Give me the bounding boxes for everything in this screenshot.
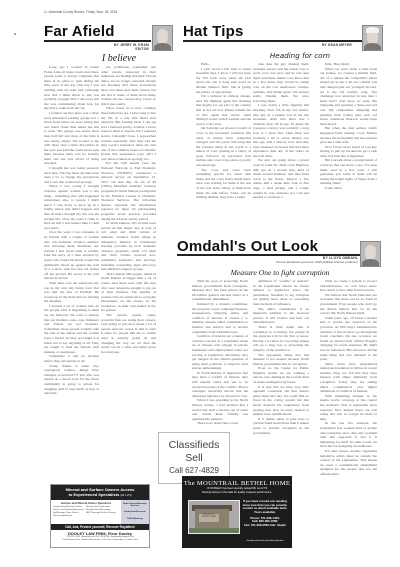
bethel-ranking-line2: Nursing Homes in the state for quality m… — [182, 491, 292, 495]
law-ad-questions-heading: Surface and Mineral Owner Questions — [53, 501, 119, 505]
bethel-title: The MOUNTRAIL BETHEL HOME — [182, 480, 292, 487]
folio: 4—Mountrail County Record, Friday, Sept.… — [44, 10, 117, 14]
omdahl-headshot — [360, 241, 381, 267]
omdahl-col2: definition of "conflict of interest" in … — [253, 279, 309, 459]
mountrail-bethel-ad[interactable]: The MOUNTRAIL BETHEL HOME IN STANLEY has… — [182, 476, 292, 548]
hat-tips-rule — [183, 40, 363, 42]
law-ad-link[interactable]: DooleyLawFirm.com — [122, 511, 148, 513]
page-mark — [14, 33, 16, 35]
law-ad-services-list: Condemnation/Eminent DomainMineral Owner… — [53, 506, 119, 518]
far-afield-title: Far Afield — [44, 24, 115, 39]
byline-role: EDITOR — [90, 47, 149, 51]
hat-tips-col3: little. They didn't.When we were about a… — [320, 62, 377, 202]
law-ad-links: Multi-Owner Advocacy Services DooleyLawF… — [121, 500, 149, 524]
bethel-footnote: Formally included with all provided qual… — [242, 540, 288, 542]
hat-tips-col1: Hello,I can't recall a fall with so many… — [196, 62, 251, 202]
hat-tips-title: Hat Tips — [183, 24, 244, 39]
law-ad-link[interactable]: Multi-Owner Advocacy Services — [122, 503, 148, 507]
hat-tips-headline: Heading for corn — [250, 52, 350, 59]
far-afield-headline: I believe — [44, 54, 194, 64]
dooley-law-ad[interactable]: Mineral and Surface Owners Access to Exp… — [50, 484, 150, 548]
law-ad-areas: Constitutional Law • Natural Resources •… — [52, 539, 148, 542]
newspaper-page: 4—Mountrail County Record, Friday, Sept.… — [0, 0, 400, 567]
meyer-headshot — [362, 25, 383, 51]
bethel-sign: MOUNTRAIL BETHEL HOME — [199, 514, 219, 522]
omdahl-col3: Until we create a system to protect whis… — [320, 279, 377, 541]
bethel-building-photo: MOUNTRAIL BETHEL HOME — [188, 500, 240, 534]
far-afield-rule — [44, 40, 151, 42]
law-ad-subtitle: to Experienced Specialists (Ad 1 of 5) — [51, 492, 149, 498]
law-ad-header: Mineral and Surface Owners Access to Exp… — [51, 485, 149, 500]
far-afield-byline: BY JERRY W. KRAM EDITOR — [90, 43, 149, 52]
classifieds-phone: Call 627-4829 — [159, 466, 229, 475]
omdahl-headline: Measure One to fight corruption — [185, 269, 375, 277]
bethel-info: If you have a loved one needing more car… — [242, 500, 288, 528]
far-afield-col2: ers, politicians, journalists and other … — [101, 65, 156, 360]
omdahl-subline: Former lieutenant governor, UND politica… — [240, 260, 358, 264]
far-afield-col1: Long ago I worked in Grand Forks. Like a… — [44, 65, 99, 425]
hat-tips-byline: BY DEAN MEYER — [290, 43, 352, 47]
omdahl-title: Omdahl's Out Look — [177, 239, 318, 254]
omdahl-col1: With the goal of protecting North Dakota… — [192, 279, 248, 459]
law-ad-link[interactable]: TalkToBeth.org — [122, 518, 148, 520]
hat-tips-col2: idea than the guy chasing them. Grandpa … — [253, 62, 309, 202]
kram-headshot — [152, 25, 173, 51]
